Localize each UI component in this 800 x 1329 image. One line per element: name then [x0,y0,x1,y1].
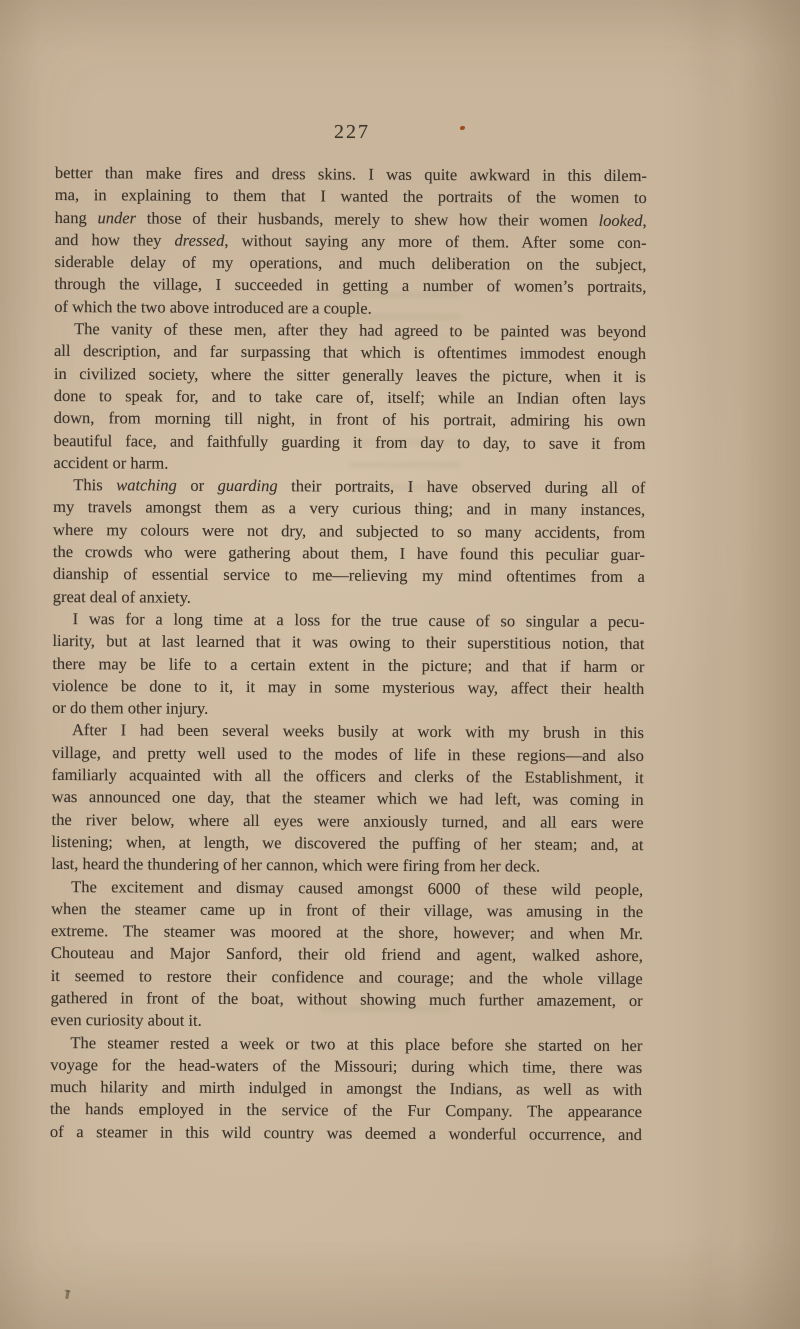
text-line: This watching or guarding their portrait… [53,474,645,499]
paragraph: After I had been several weeks busily at… [51,719,644,878]
text-line: The vanity of these men, after they had … [54,318,646,343]
stray-mark [65,1290,70,1299]
text-line: siderable delay of my operations, and mu… [54,251,646,276]
text-line: the river below, where all eyes were anx… [51,809,643,834]
text-line: extreme. The steamer was moored at the s… [51,920,643,945]
text-line: was announced one day, that the steamer … [52,786,644,811]
text-line: hang under those of their husbands, mere… [55,207,647,232]
text-line: where my colours were not dry, and subje… [53,519,645,544]
text-line: accident or harm. [53,452,645,477]
text-line: in civilized society, where the sitter g… [54,363,646,388]
text-line: down, from morning till night, in front … [54,407,646,432]
text-line: ma, in explaining to them that I wanted … [55,184,647,209]
page-number: 227 [56,121,648,143]
text-line: it seemed to restore their confidence an… [51,965,643,990]
text-line: listening; when, at length, we discovere… [51,831,643,856]
text-line: I was for a long time at a loss for the … [53,608,645,633]
text-line: Chouteau and Major Sanford, their old fr… [51,942,643,967]
text-line: The steamer rested a week or two at this… [50,1032,642,1057]
text-line: better than make fires and dress skins. … [55,162,647,187]
text-line: the hands employed in the service of the… [50,1098,642,1123]
text-line: or do them other injury. [52,697,644,722]
text-line: beautiful face, and faithfully guarding … [53,430,645,455]
text-line: there may be life to a certain extent in… [52,653,644,678]
text-line: violence be done to it, it may in some m… [52,675,644,700]
text-line: all description, and far surpassing that… [54,340,646,365]
text-line: my travels amongst them as a very curiou… [53,496,645,521]
paragraph: This watching or guarding their portrait… [53,474,646,611]
book-page: 227 better than make fires and dress ski… [0,0,800,1329]
text-line: gathered in front of the boat, without s… [51,987,643,1012]
text-line: of a steamer in this wild country was de… [50,1121,642,1146]
text-line: and how they dressed, without saying any… [55,229,647,254]
paragraph: The excitement and dismay caused amongst… [50,875,643,1034]
paragraph: The vanity of these men, after they had … [53,318,646,477]
page-text: better than make fires and dress skins. … [50,162,647,1146]
text-line: done to speak for, and to take care of, … [54,385,646,410]
text-line: The excitement and dismay caused amongst… [51,875,643,900]
paragraph: The steamer rested a week or two at this… [50,1032,643,1147]
text-line: After I had been several weeks busily at… [52,719,644,744]
text-line: familiarly acquainted with all the offic… [52,764,644,789]
text-line: the crowds who were gathering about them… [53,541,645,566]
text-line: when the steamer came up in front of the… [51,898,643,923]
text-line: last, heard the thundering of her cannon… [51,853,643,878]
text-line: voyage for the head-waters of the Missou… [50,1054,642,1079]
paragraph: I was for a long time at a loss for the … [52,608,645,723]
text-line: dianship of essential service to me—reli… [53,563,645,588]
text-line: liarity, but at last learned that it was… [52,630,644,655]
paragraph: better than make fires and dress skins. … [54,162,647,321]
text-line: great deal of anxiety. [53,586,645,611]
text-line: through the village, I succeeded in gett… [54,273,646,298]
text-line: village, and pretty well used to the mod… [52,742,644,767]
text-line: much hilarity and mirth indulged in amon… [50,1076,642,1101]
text-line: even curiosity about it. [50,1009,642,1034]
text-line: of which the two above introduced are a … [54,296,646,321]
